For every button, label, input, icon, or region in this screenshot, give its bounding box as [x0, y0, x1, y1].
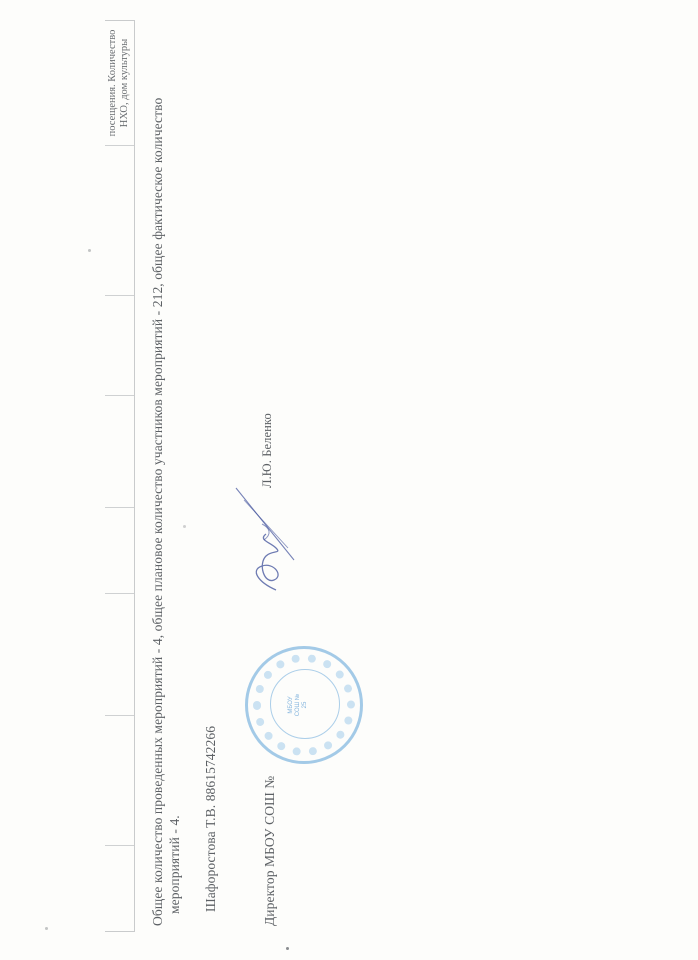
stamp-text: МБОУ — [288, 675, 295, 735]
table-cell-line: НХО, дом культуры — [119, 21, 131, 145]
contact-line: Шафоростова Т.В. 88615742266 — [203, 726, 219, 912]
official-stamp: МБОУ СОШ № 25 — [245, 646, 363, 764]
table-cell-last: посещения. Количество НХО, дом культуры — [105, 21, 134, 145]
table-cell — [105, 395, 134, 507]
scan-speck — [88, 249, 91, 252]
stamp-center-text: МБОУ СОШ № 25 — [288, 675, 309, 735]
scan-speck — [286, 947, 289, 950]
scan-speck — [183, 525, 186, 528]
table-cell — [105, 145, 134, 295]
scanned-page: посещения. Количество НХО, дом культуры … — [0, 0, 698, 960]
stamp-text: СОШ № — [295, 675, 302, 735]
signature-icon — [228, 480, 298, 600]
summary-line-2: мероприятий - 4. — [167, 815, 183, 914]
table-cell-line: посещения. Количество — [107, 21, 119, 145]
scan-speck — [45, 927, 48, 930]
table-cell — [105, 845, 134, 931]
table-fragment: посещения. Количество НХО, дом культуры — [105, 20, 135, 932]
table-cell — [105, 593, 134, 715]
table-cell — [105, 715, 134, 845]
table-cell — [105, 295, 134, 395]
director-name: Л.Ю. Беленко — [260, 413, 275, 488]
summary-line-1: Общее количество проведенных мероприятий… — [150, 98, 166, 926]
table-cell — [105, 507, 134, 593]
director-position: Директор МБОУ СОШ № — [262, 776, 278, 926]
stamp-text: 25 — [302, 675, 309, 735]
